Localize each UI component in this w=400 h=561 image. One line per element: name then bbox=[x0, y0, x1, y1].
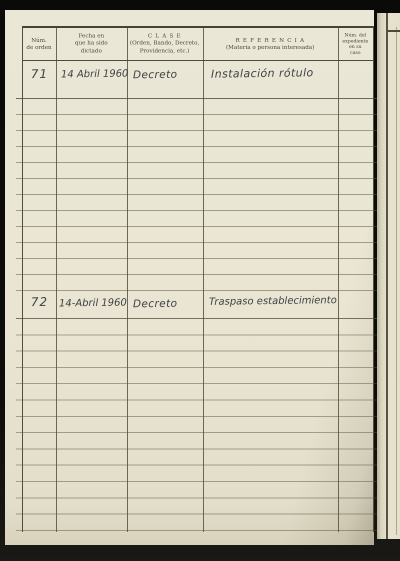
header-num-orden: Núm. de orden bbox=[23, 28, 56, 60]
header-expediente: Núm. del expediente en su caso bbox=[338, 28, 373, 60]
adjacent-page-faint-line bbox=[396, 27, 397, 535]
header-line: (Materia o persona interesada) bbox=[226, 44, 314, 51]
registry-table: Núm. de orden Fecha en que ha sido dicta… bbox=[22, 26, 374, 532]
header-referencia: R E F E R E N C I A (Materia o persona i… bbox=[203, 28, 338, 60]
adjacent-page-top-border bbox=[387, 30, 400, 32]
header-line: dictado bbox=[75, 48, 108, 55]
ledger-page: Núm. de orden Fecha en que ha sido dicta… bbox=[5, 10, 374, 545]
entry-72-reference: Traspaso establecimiento bbox=[209, 295, 337, 308]
header-clase: C L A S E (Orden, Bando, Decreto, Provid… bbox=[127, 28, 203, 60]
table-header: Núm. de orden Fecha en que ha sido dicta… bbox=[23, 28, 373, 61]
header-line: Providencia, etc.) bbox=[130, 48, 199, 55]
header-line: caso bbox=[343, 50, 369, 56]
entry-72-class: Decreto bbox=[133, 298, 178, 311]
header-fecha: Fecha en que ha sido dictado bbox=[56, 28, 127, 60]
entry-71-date: 14 Abril 1960 bbox=[61, 69, 129, 81]
adjacent-page-edge bbox=[377, 13, 400, 539]
header-line: R E F E R E N C I A bbox=[226, 37, 314, 44]
header-line: de orden bbox=[27, 44, 52, 51]
entry-71-number: 71 bbox=[23, 67, 56, 81]
header-line: Núm. bbox=[27, 37, 52, 44]
entry-72-date: 14-Abril 1960 bbox=[59, 298, 127, 310]
adjacent-page-border-line bbox=[386, 13, 388, 539]
scanned-ledger-photo: Núm. de orden Fecha en que ha sido dicta… bbox=[0, 0, 400, 561]
entry-72-number: 72 bbox=[23, 295, 56, 309]
ruled-lines-lower bbox=[16, 319, 380, 532]
ruled-lines-upper bbox=[16, 99, 380, 291]
entry-71-class: Decreto bbox=[133, 69, 178, 82]
entry-71-reference: Instalación rótulo bbox=[211, 66, 314, 80]
